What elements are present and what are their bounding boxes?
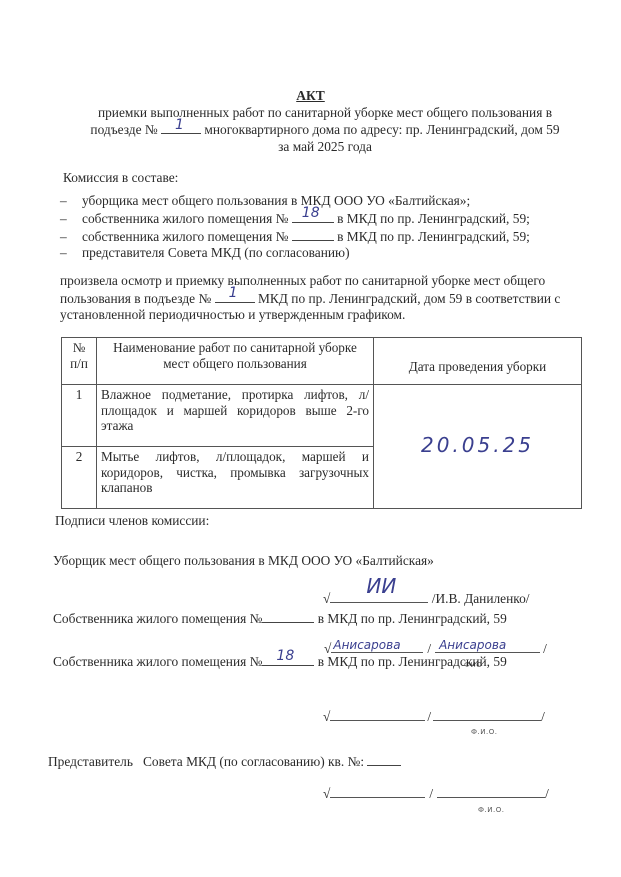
owner-1-apartment-handwritten: 18: [302, 205, 320, 221]
inspection-line-2: пользования в подъезде № 1 МКД по пр. Ле…: [60, 290, 560, 307]
row-2-name: Мытье лифтов, л/площадок, маршей и корид…: [97, 447, 374, 509]
inspection-line-3: установленной периодичностью и утвержден…: [60, 307, 405, 323]
council-label: Представитель Совета МКД (по согласовани…: [48, 753, 401, 770]
owner-2-label: Собственника жилого помещения №18 в МКД …: [53, 653, 507, 670]
council-fio-caption: Ф.И.О.: [478, 802, 504, 818]
header-num: № п/п: [62, 338, 97, 385]
table-row: 1 Влажное подметание, протирка лифтов, л…: [62, 385, 582, 447]
row-2-num: 2: [62, 447, 97, 509]
cleaner-signature-handwritten: ИИ: [366, 578, 396, 594]
signatures-heading: Подписи членов комиссии:: [55, 513, 209, 529]
owner-2-sig-apartment-field: 18: [262, 653, 314, 666]
cleaner-signature-field: ИИ: [330, 590, 428, 603]
header-name: Наименование работ по санитарной уборке …: [97, 338, 374, 385]
owner-1-signature-handwritten: Анисарова: [333, 637, 400, 653]
owner-1-fio-field: Анисарова: [435, 640, 540, 653]
owner-2-sig-apartment-handwritten: 18: [276, 648, 294, 664]
cleaning-date-handwritten: 20.05.25: [421, 433, 534, 457]
inspection-line-1: произвела осмотр и приемку выполненных р…: [60, 273, 545, 289]
subtitle-line-2: подъезде № 1 многоквартирного дома по ад…: [60, 121, 590, 138]
entrance-number-handwritten: 1: [175, 117, 184, 133]
council-signature-field: [330, 785, 425, 798]
owner-2-signature-line: √// Ф.И.О.: [323, 708, 545, 725]
subtitle-period: за май 2025 года: [60, 139, 590, 155]
commission-item-owner-2: –собственника жилого помещения № в МКД п…: [60, 228, 530, 245]
header-date: Дата проведения уборки: [374, 338, 582, 385]
cleaner-name: /И.В. Даниленко/: [432, 591, 530, 606]
council-signature-line: √// Ф.И.О.: [323, 785, 549, 802]
commission-heading: Комиссия в составе:: [63, 170, 178, 186]
council-apartment-field: [367, 753, 401, 766]
inspection-entrance-handwritten: 1: [229, 285, 238, 301]
owner-1-signature-field: Анисарова: [331, 640, 423, 653]
owner-1-apartment-field: 18: [292, 210, 334, 223]
owner-1-fio-handwritten: Анисарова: [439, 637, 506, 653]
table-header-row: № п/п Наименование работ по санитарной у…: [62, 338, 582, 385]
commission-item-council: –представителя Совета МКД (по согласован…: [60, 245, 350, 261]
owner-2-fio-caption: Ф.И.О.: [471, 724, 497, 740]
document-title: АКТ: [0, 88, 621, 104]
cleaning-date-cell: 20.05.25: [374, 385, 582, 509]
row-1-name: Влажное подметание, протирка лифтов, л/п…: [97, 385, 374, 447]
owner-2-apartment-field: [292, 228, 334, 241]
owner-2-signature-field: [330, 708, 425, 721]
subtitle-address: многоквартирного дома по адресу: пр. Лен…: [204, 122, 559, 137]
inspection-entrance-field: 1: [215, 290, 255, 303]
cleaner-signature-line: √ИИ /И.В. Даниленко/: [323, 590, 530, 607]
commission-item-owner-1: –собственника жилого помещения № 18 в МК…: [60, 210, 530, 227]
owner-2-fio-field: [433, 708, 541, 721]
owner-1-label: Собственника жилого помещения № в МКД по…: [53, 610, 507, 627]
row-1-num: 1: [62, 385, 97, 447]
owner-1-sig-apartment-field: [262, 610, 314, 623]
council-fio-field: [437, 785, 545, 798]
commission-item-cleaner: –уборщика мест общего пользования в МКД …: [60, 193, 470, 209]
entrance-number-field: 1: [161, 121, 201, 134]
cleaner-label: Уборщик мест общего пользования в МКД ОО…: [53, 553, 434, 569]
subtitle-entrance-label: подъезде №: [90, 122, 157, 137]
subtitle-line-1: приемки выполненных работ по санитарной …: [60, 105, 590, 121]
works-table: № п/п Наименование работ по санитарной у…: [61, 337, 582, 509]
